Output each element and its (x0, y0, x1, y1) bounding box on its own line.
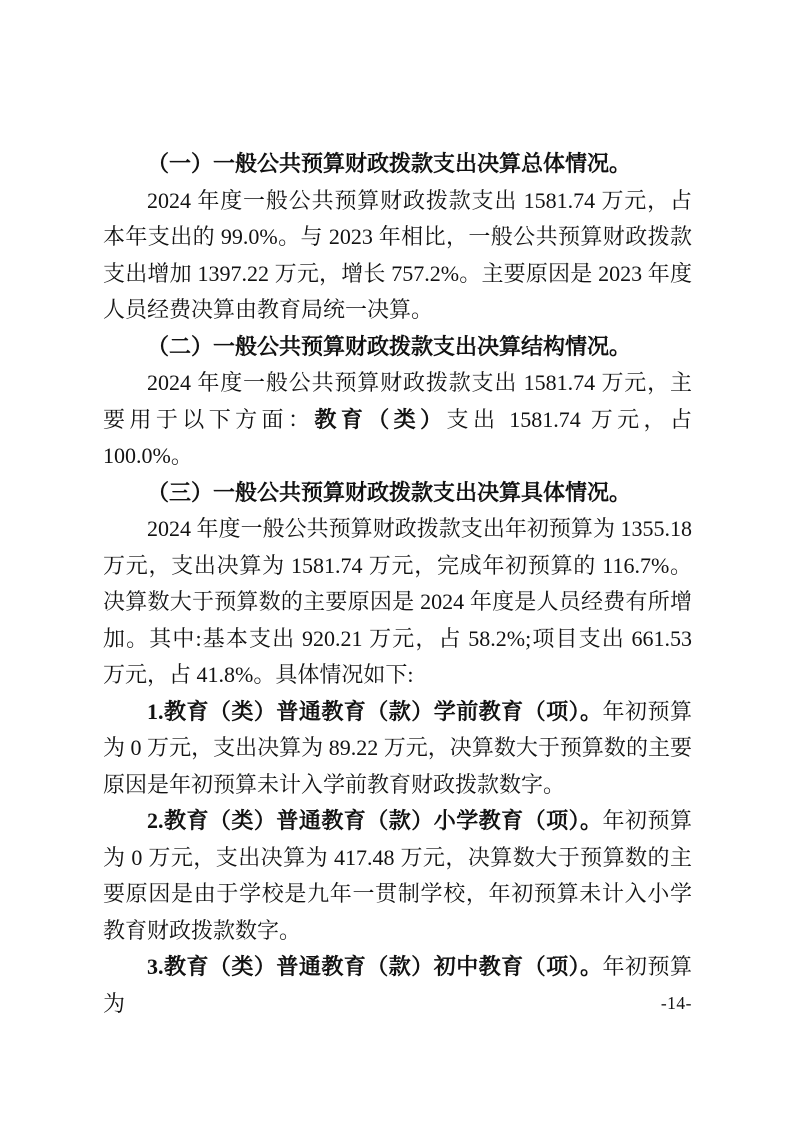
document-body: （一）一般公共预算财政拨款支出决算总体情况。 2024 年度一般公共预算财政拨款… (103, 146, 692, 1022)
item-title-bold: 1.教育（类）普通教育（款）学前教育（项）。 (147, 699, 603, 724)
section-heading-1: （一）一般公共预算财政拨款支出决算总体情况。 (103, 146, 692, 183)
document-page: （一）一般公共预算财政拨款支出决算总体情况。 2024 年度一般公共预算财政拨款… (0, 0, 793, 1122)
item-2-primary-education: 2.教育（类）普通教育（款）小学教育（项）。年初预算为 0 万元，支出决算为 4… (103, 803, 692, 949)
text-run: 2024 年度一般公共预算财政拨款支出年初预算为 1355.18 万元，支出决算… (103, 516, 692, 687)
item-1-preschool-education: 1.教育（类）普通教育（款）学前教育（项）。年初预算为 0 万元，支出决算为 8… (103, 694, 692, 804)
text-run: 2024 年度一般公共预算财政拨款支出 1581.74 万元，占本年支出的 99… (103, 188, 692, 323)
paragraph-structure-situation: 2024 年度一般公共预算财政拨款支出 1581.74 万元，主要用于以下方面：… (103, 365, 692, 475)
page-number: -14- (103, 993, 692, 1014)
section-heading-3: （三）一般公共预算财政拨款支出决算具体情况。 (103, 475, 692, 512)
item-title-bold: 3.教育（类）普通教育（款）初中教育（项）。 (147, 954, 603, 979)
paragraph-overall-situation: 2024 年度一般公共预算财政拨款支出 1581.74 万元，占本年支出的 99… (103, 183, 692, 329)
paragraph-specific-situation: 2024 年度一般公共预算财政拨款支出年初预算为 1355.18 万元，支出决算… (103, 511, 692, 694)
item-title-bold: 2.教育（类）普通教育（款）小学教育（项）。 (147, 808, 603, 833)
text-run-bold: 教育（类） (314, 407, 446, 432)
section-heading-2: （二）一般公共预算财政拨款支出决算结构情况。 (103, 329, 692, 366)
